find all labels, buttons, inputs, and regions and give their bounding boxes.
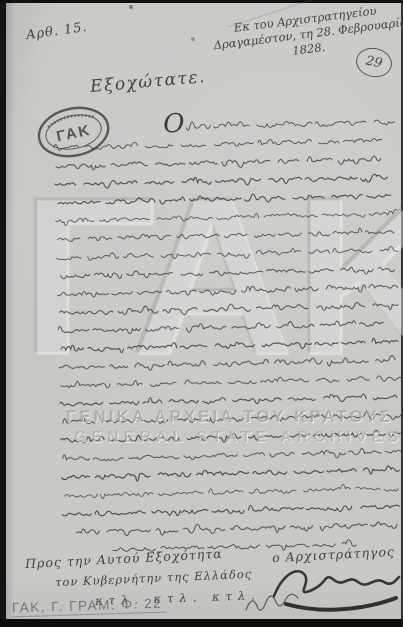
- watermark-line-greek: ΓΕΝΙΚΑ ΑΡΧΕΙΑ ΤΟΥ ΚΡΑΤΟΥΣ: [66, 407, 393, 427]
- manuscript-body: Ο: [53, 106, 403, 564]
- secretary-initials-scribble: [243, 588, 301, 622]
- address-line-2: τον Κυβερνήτην της Ελλάδος: [55, 567, 253, 590]
- paper-speck: [191, 37, 195, 41]
- watermark-line-english: GENERAL STATE ARCHIVES: [74, 429, 403, 447]
- scan-edge-top: [0, 0, 403, 3]
- page-edge-shadow: [6, 0, 15, 627]
- scan-edge-bottom: [0, 619, 403, 627]
- protocol-number: Αρθ. 15.: [25, 20, 88, 43]
- scanned-letter-page: ΓΑΚ Αρθ. 15. Εκ του Αρχιστρατηγείου Δραγ…: [0, 0, 403, 627]
- greeting-line: Εξοχώτατε.: [89, 67, 206, 97]
- page-number-value: 29: [364, 53, 383, 71]
- paper-speck: [129, 5, 133, 9]
- handwriting-lines: [53, 106, 403, 564]
- archive-reference: ΓΑΚ, Γ. ΓΡΑΜ. Φ. 22: [12, 596, 167, 618]
- drop-cap: Ο: [163, 109, 185, 139]
